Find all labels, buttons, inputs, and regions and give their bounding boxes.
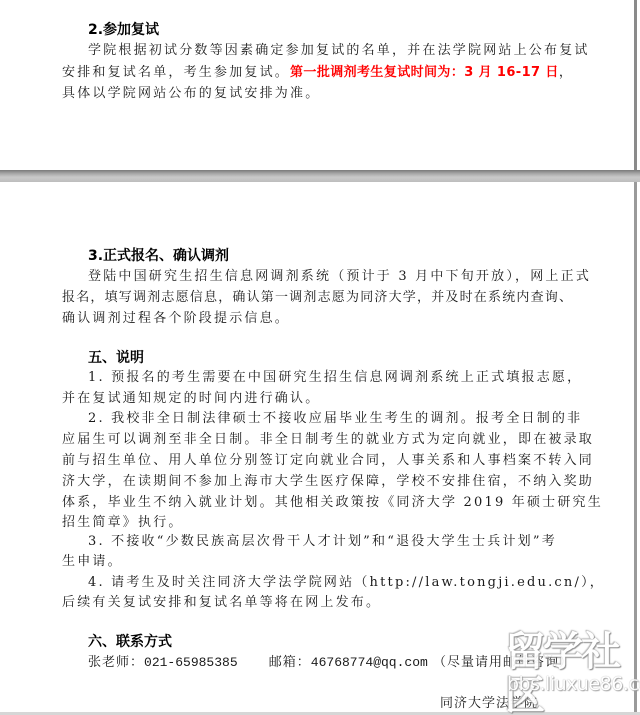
- signature: 同济大学法学院: [440, 696, 538, 712]
- document-page-top: 2.参加复试 学院根据初试分数等因素确定参加复试的名单，并在法学院网站上公布复试…: [0, 0, 637, 170]
- note-2-line-6: 招生简章》执行。: [62, 515, 184, 531]
- section-2-line-1: 学院根据初试分数等因素确定参加复试的名单，并在法学院网站上公布复试: [88, 43, 590, 59]
- note-2-line-2: 应届生可以调剂至非全日制。非全日制考生的就业方式为定向就业，即在被录取: [62, 432, 594, 448]
- contact-phone: 021-65985385: [144, 655, 238, 670]
- note-3-line-1: 3. 不接收“少数民族高层次骨干人才计划”和“退役大学生士兵计划”考: [88, 534, 557, 550]
- note-4-line-2: 后续有关复试安排和复试名单等将在网上发布。: [62, 595, 381, 611]
- highlight-suffix: ，: [559, 65, 574, 80]
- note-2-line-3: 前与招生单位、用人单位分别签订定向就业合同，人事关系和人事档案不转入同: [62, 453, 594, 469]
- contact-email: 46768774@qq.com: [311, 655, 428, 670]
- note-1-line-2: 并在复试通知规定的时间内进行确认。: [62, 391, 320, 407]
- section-3-line-1: 登陆中国研究生招生信息网调剂系统（预计于 3 月中下旬开放），网上正式: [88, 269, 591, 285]
- section-3-line-3: 确认调剂过程各个阶段提示信息。: [62, 311, 290, 327]
- note-3-line-2: 生申请。: [62, 554, 123, 570]
- email-note: （尽量请用邮件咨询）: [433, 655, 573, 670]
- note-2-line-4: 济大学，在读期间不参加上海市大学生医疗保障，学校不安排住宿，不纳入奖助: [62, 474, 594, 490]
- section-2-line-2-text: 安排和复试名单，考生参加复试。: [62, 65, 290, 80]
- note-2-line-1: 2. 我校非全日制法律硕士不接收应届毕业生考生的调剂。报考全日制的非: [88, 411, 582, 427]
- section-3-heading: 3.正式报名、确认调剂: [88, 247, 229, 265]
- section-6-heading: 六、联系方式: [88, 633, 172, 651]
- retest-date-highlight: 第一批调剂考生复试时间为：3 月 16-17 日: [290, 65, 559, 80]
- note-1-line-1: 1. 预报名的考生需要在中国研究生招生信息网调剂系统上正式填报志愿，: [88, 370, 582, 386]
- note-2-line-5: 体系，毕业生不纳入就业计划。其他相关政策按《同济大学 2019 年硕士研究生: [62, 495, 603, 511]
- section-3-line-2: 报名，填写调剂志愿信息，确认第一调剂志愿为同济大学，并及时在系统内查询、: [62, 290, 573, 306]
- email-label: 邮箱：: [269, 655, 311, 670]
- section-2-heading: 2.参加复试: [88, 21, 159, 39]
- contact-line: 张老师：021-65985385 邮箱：46768774@qq.com （尽量请…: [88, 655, 573, 671]
- contact-person: 张老师：: [88, 655, 144, 670]
- section-2-line-3: 具体以学院网站公布的复试安排为准。: [62, 86, 320, 102]
- document-page-bottom: 3.正式报名、确认调剂 登陆中国研究生招生信息网调剂系统（预计于 3 月中下旬开…: [0, 182, 637, 712]
- note-4-line-1: 4. 请考生及时关注同济大学法学院网站（http://law.tongji.ed…: [88, 575, 605, 591]
- section-5-heading: 五、说明: [88, 349, 144, 367]
- page-separator: [0, 170, 640, 182]
- section-2-line-2: 安排和复试名单，考生参加复试。第一批调剂考生复试时间为：3 月 16-17 日，: [62, 65, 574, 81]
